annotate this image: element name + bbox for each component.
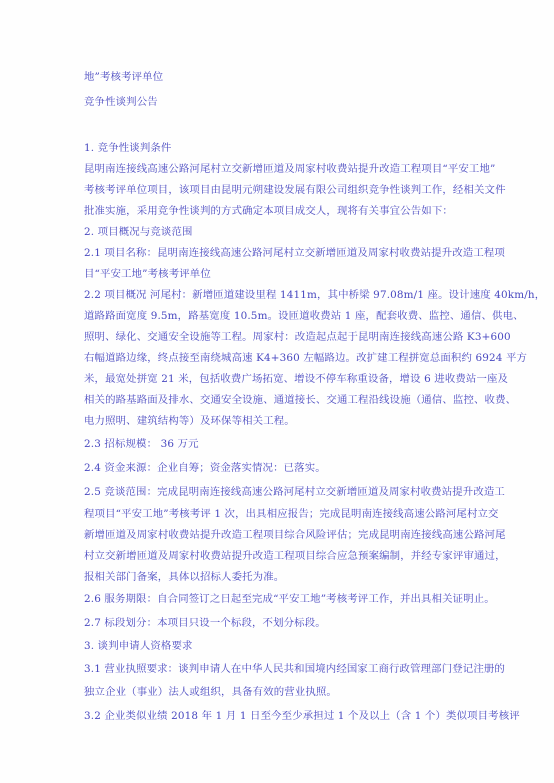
text-line: 2.6 服务期限：自合同签订之日起至完成“平安工地”考核考评工作，并出具相关证明… <box>84 592 495 606</box>
text-line: 考核考评单位项目，该项目由昆明元朔建设发展有限公司组织竞争性谈判工作，经相关文件 <box>84 183 506 197</box>
document-page: 地”考核考评单位 竞争性谈判公告 1. 竞争性谈判条件 昆明南连接线高速公路河尾… <box>0 0 554 783</box>
text-line: 独立企业（事业）法人或组织，具备有效的营业执照。 <box>84 685 337 699</box>
text-line: 2.5 竞谈范围：完成昆明南连接线高速公路河尾村立交新增匝道及周家村收费站提升改… <box>84 485 505 499</box>
text-line: 批准实施，采用竞争性谈判的方式确定本项目成交人，现将有关事宜公告如下： <box>84 204 453 218</box>
text-line: 2.2 项目概况 河尾村：新增匝道建设里程 1411m，其中桥梁 97.08m/… <box>84 288 545 302</box>
text-line: 报相关部门备案，具体以招标人委托为准。 <box>84 570 284 584</box>
text-line: 程项目“平安工地”考核考评 1 次，出具相应报告；完成昆明南连接线高速公路河尾村… <box>84 507 499 521</box>
text-line: 米，最宽处拼宽 21 米，包括收费广场拓宽、增设不停车称重设备，增设 6 进收费… <box>84 372 508 386</box>
text-line: 目“平安工地”考核考评单位 <box>84 267 211 281</box>
text-line: 相关的路基路面及排水、交通安全设施、通道接长、交通工程沿线设施（通信、监控、收费… <box>84 393 516 407</box>
section-heading-3: 3. 谈判申请人资格要求 <box>84 639 193 653</box>
text-line: 昆明南连接线高速公路河尾村立交新增匝道及周家村收费站提升改造工程项目“平安工地” <box>84 162 495 176</box>
announcement-title: 竞争性谈判公告 <box>84 95 158 109</box>
text-line: 2.3 招标规模： 36 万元 <box>84 437 199 451</box>
text-line: 3.2 企业类似业绩 2018 年 1 月 1 日至今至少承担过 1 个及以上（… <box>84 709 520 723</box>
text-line: 2.1 项目名称：昆明南连接线高速公路河尾村立交新增匝道及周家村收费站提升改造工… <box>84 246 505 260</box>
text-line: 村立交新增匝道及周家村收费站提升改造工程项目综合应急预案编制，并经专家评审通过， <box>84 549 506 563</box>
section-heading-2: 2. 项目概况与竞谈范围 <box>84 225 193 239</box>
text-line: 3.1 营业执照要求：谈判申请人在中华人民共和国境内经国家工商行政管理部门登记注… <box>84 662 505 676</box>
section-heading-1: 1. 竞争性谈判条件 <box>84 141 171 155</box>
text-line: 2.4 资金来源：企业自筹；资金落实情况：已落实。 <box>84 461 326 475</box>
text-line: 新增匝道及周家村收费站提升改造工程项目综合风险评估；完成昆明南连接线高速公路河尾 <box>84 528 506 542</box>
text-line: 照明、绿化、交通安全设施等工程。周家村：改造起点起于昆明南连接线高速公路 K3+… <box>84 330 511 344</box>
text-line: 道路路面宽度 9.5m，路基宽度 10.5m。设匝道收费站 1 座，配套收费、监… <box>84 309 524 323</box>
text-line: 电力照明、建筑结构等）及环保等相关工程。 <box>84 414 295 428</box>
text-line: 右幅道路边缘，终点接至南绕城高速 K4+360 左幅路边。改扩建工程拼宽总面积约… <box>84 351 527 365</box>
text-line: 地”考核考评单位 <box>84 70 163 84</box>
text-line: 2.7 标段划分：本项目只设一个标段，不划分标段。 <box>84 616 326 630</box>
